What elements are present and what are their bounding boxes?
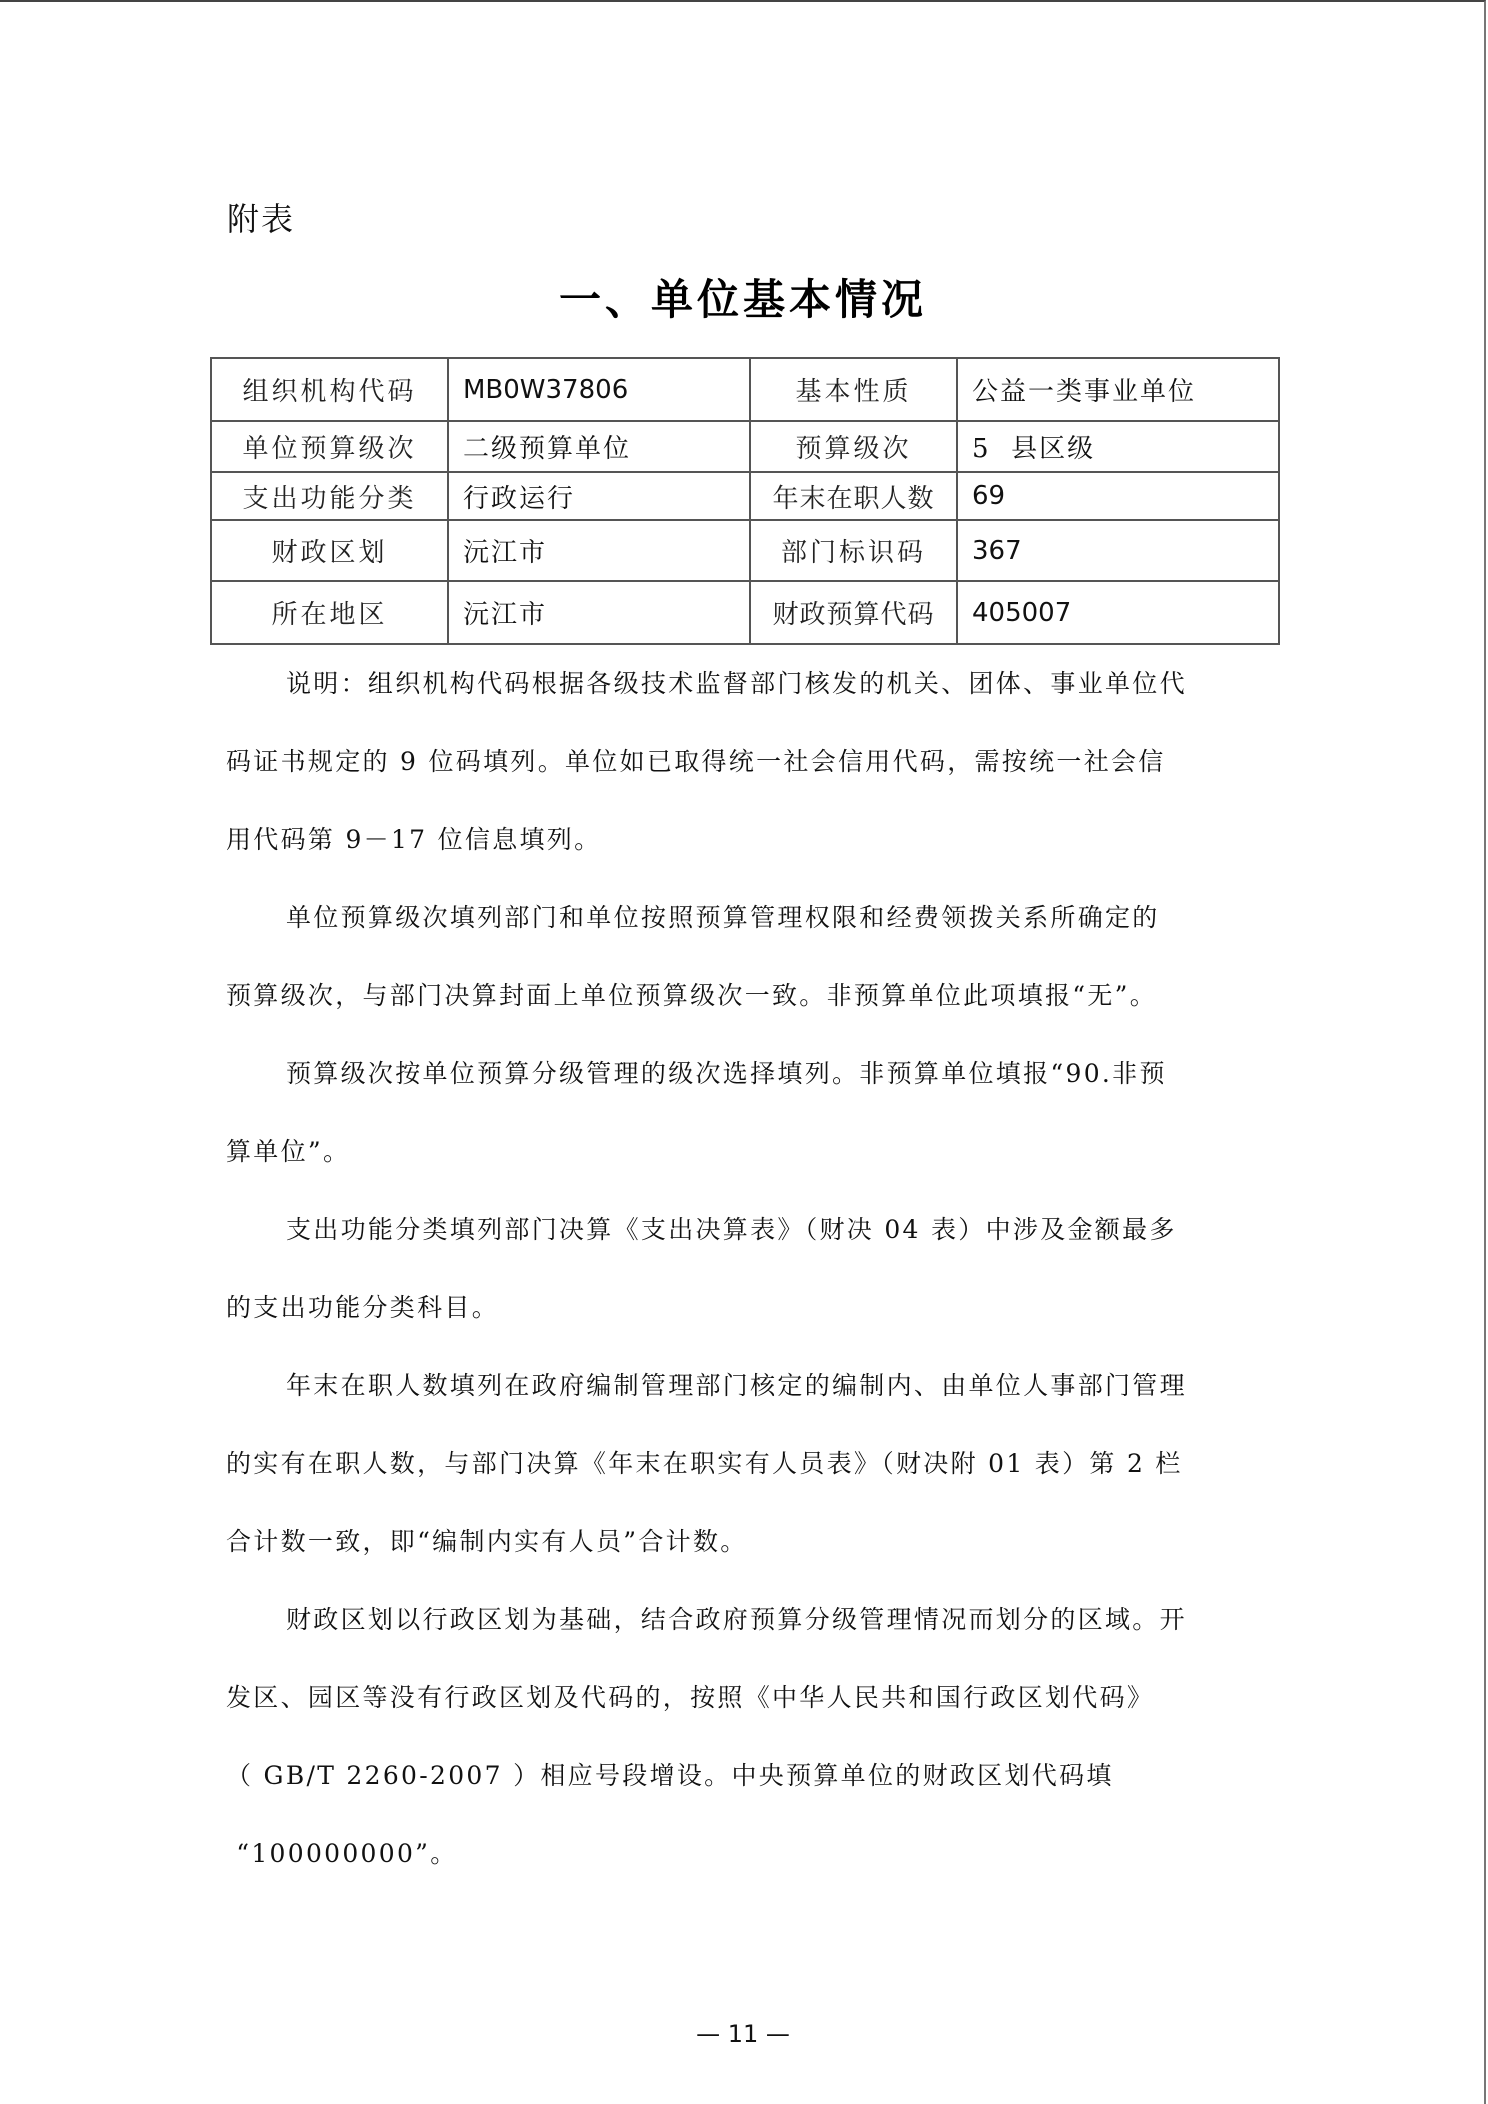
note-line: 单位预算级次填列部门和单位按照预算管理权限和经费领拨关系所确定的 bbox=[226, 879, 1266, 957]
label-unit-budget-level: 单位预算级次 bbox=[211, 421, 448, 472]
value-budget-level: 5 县区级 bbox=[957, 421, 1279, 472]
value-fiscal-budget-code: 405007 bbox=[957, 581, 1279, 644]
note-line: “100000000”。 bbox=[226, 1815, 1266, 1893]
note-line: 预算级次，与部门决算封面上单位预算级次一致。非预算单位此项填报“无”。 bbox=[226, 957, 1266, 1035]
label-fiscal-budget-code: 财政预算代码 bbox=[750, 581, 957, 644]
page-title: 一、单位基本情况 bbox=[0, 272, 1486, 328]
table-row: 组织机构代码 MB0W37806 基本性质 公益一类事业单位 bbox=[211, 358, 1279, 421]
note-line: 说明：组织机构代码根据各级技术监督部门核发的机关、团体、事业单位代 bbox=[226, 645, 1266, 723]
label-year-end-staff: 年末在职人数 bbox=[750, 472, 957, 520]
note-line: 用代码第 9－17 位信息填列。 bbox=[226, 801, 1266, 879]
note-line: 码证书规定的 9 位码填列。单位如已取得统一社会信用代码，需按统一社会信 bbox=[226, 723, 1266, 801]
label-budget-level: 预算级次 bbox=[750, 421, 957, 472]
table-row: 支出功能分类 行政运行 年末在职人数 69 bbox=[211, 472, 1279, 520]
label-org-code: 组织机构代码 bbox=[211, 358, 448, 421]
document-page: 附表 一、单位基本情况 组织机构代码 MB0W37806 基本性质 公益一类事业… bbox=[0, 0, 1486, 2104]
value-region: 沅江市 bbox=[448, 581, 750, 644]
value-org-code: MB0W37806 bbox=[448, 358, 750, 421]
label-dept-id-code: 部门标识码 bbox=[750, 520, 957, 581]
note-line: 支出功能分类填列部门决算《支出决算表》（财决 04 表）中涉及金额最多 bbox=[226, 1191, 1266, 1269]
page-number: — 11 — bbox=[0, 2018, 1486, 2050]
note-line: （ GB/T 2260-2007 ）相应号段增设。中央预算单位的财政区划代码填 bbox=[226, 1737, 1266, 1815]
label-expenditure-function: 支出功能分类 bbox=[211, 472, 448, 520]
table-row: 所在地区 沅江市 财政预算代码 405007 bbox=[211, 581, 1279, 644]
table-row: 财政区划 沅江市 部门标识码 367 bbox=[211, 520, 1279, 581]
note-line: 年末在职人数填列在政府编制管理部门核定的编制内、由单位人事部门管理 bbox=[226, 1347, 1266, 1425]
value-dept-id-code: 367 bbox=[957, 520, 1279, 581]
note-line: 合计数一致，即“编制内实有人员”合计数。 bbox=[226, 1503, 1266, 1581]
value-fiscal-division: 沅江市 bbox=[448, 520, 750, 581]
note-line: 的实有在职人数，与部门决算《年末在职实有人员表》（财决附 01 表）第 2 栏 bbox=[226, 1425, 1266, 1503]
unit-basic-info-table: 组织机构代码 MB0W37806 基本性质 公益一类事业单位 单位预算级次 二级… bbox=[210, 357, 1280, 645]
value-basic-nature: 公益一类事业单位 bbox=[957, 358, 1279, 421]
table-row: 单位预算级次 二级预算单位 预算级次 5 县区级 bbox=[211, 421, 1279, 472]
label-basic-nature: 基本性质 bbox=[750, 358, 957, 421]
notes-body: 说明：组织机构代码根据各级技术监督部门核发的机关、团体、事业单位代 码证书规定的… bbox=[226, 645, 1266, 1893]
label-region: 所在地区 bbox=[211, 581, 448, 644]
note-line: 算单位”。 bbox=[226, 1113, 1266, 1191]
note-line: 预算级次按单位预算分级管理的级次选择填列。非预算单位填报“90.非预 bbox=[226, 1035, 1266, 1113]
value-expenditure-function: 行政运行 bbox=[448, 472, 750, 520]
note-line: 的支出功能分类科目。 bbox=[226, 1269, 1266, 1347]
value-unit-budget-level: 二级预算单位 bbox=[448, 421, 750, 472]
value-year-end-staff: 69 bbox=[957, 472, 1279, 520]
note-line: 发区、园区等没有行政区划及代码的，按照《中华人民共和国行政区划代码》 bbox=[226, 1659, 1266, 1737]
label-fiscal-division: 财政区划 bbox=[211, 520, 448, 581]
note-line: 财政区划以行政区划为基础，结合政府预算分级管理情况而划分的区域。开 bbox=[226, 1581, 1266, 1659]
appendix-label: 附表 bbox=[227, 199, 295, 239]
